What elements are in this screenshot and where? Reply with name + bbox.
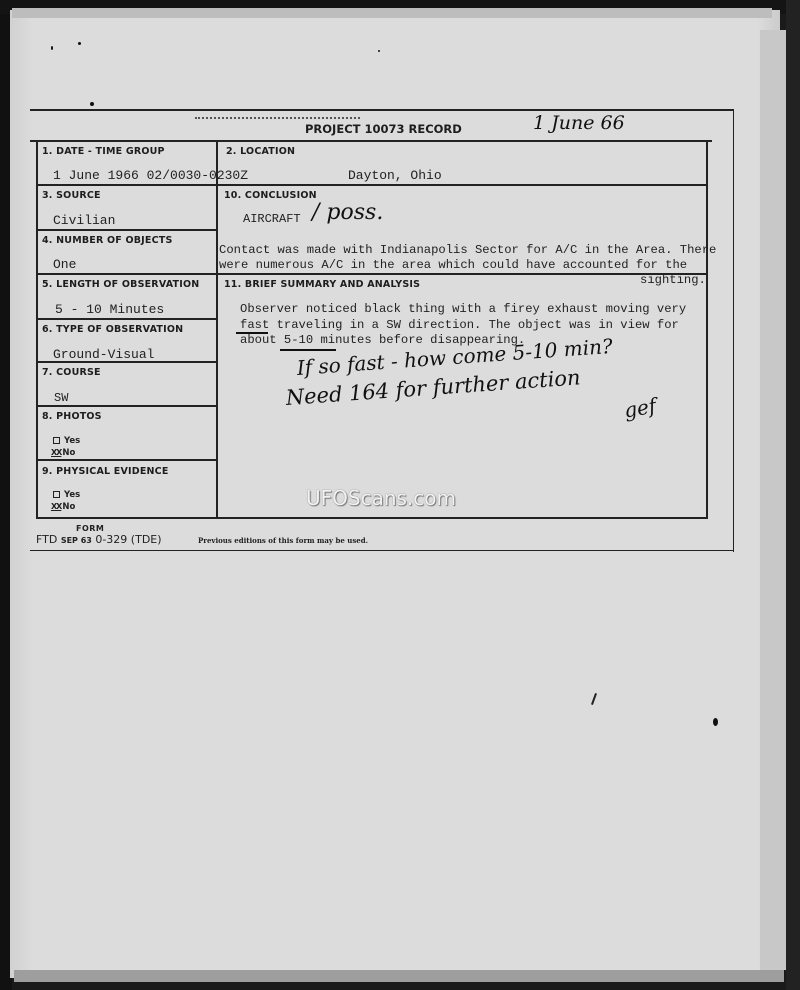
speck [378, 50, 380, 52]
source-label: 3. SOURCE [42, 190, 101, 201]
speck [78, 42, 81, 45]
handwritten-date: 1 June 66 [533, 112, 625, 134]
photos-no-option[interactable]: XXNo [51, 448, 75, 458]
physical-evidence-yes-option[interactable]: Yes [53, 490, 80, 500]
watermark: UFOScans.com [306, 486, 456, 510]
length-of-observation-label: 5. LENGTH OF OBSERVATION [42, 279, 199, 290]
length-of-observation-value: 5 - 10 Minutes [55, 302, 164, 317]
checkbox-empty-icon [53, 491, 60, 498]
course-value: SW [54, 391, 68, 405]
row-rule [36, 229, 217, 231]
handwritten-conclusion-note: / poss. [312, 200, 383, 225]
form-right-rule [733, 109, 734, 552]
paper-top-shadow [12, 8, 772, 18]
footer-form-word: FORM [76, 524, 104, 533]
physical-evidence-no-label: No [62, 502, 75, 512]
photos-yes-label: Yes [64, 436, 80, 446]
footer-form-code: FTD SEP 63 0-329 (TDE) [36, 533, 162, 546]
conclusion-text-line2: were numerous A/C in the area which coul… [219, 258, 687, 272]
row-rule [36, 459, 217, 461]
type-of-observation-value: Ground-Visual [53, 347, 154, 362]
table-left-rule [36, 140, 38, 518]
number-of-objects-value: One [53, 257, 76, 272]
conclusion-value: AIRCRAFT [243, 212, 301, 226]
table-right-rule [706, 140, 708, 518]
row-rule [36, 318, 217, 320]
photos-no-label: No [62, 448, 75, 458]
number-of-objects-label: 4. NUMBER OF OBJECTS [42, 235, 173, 246]
photos-yes-option[interactable]: Yes [53, 436, 80, 446]
summary-line2: fast traveling in a SW direction. The ob… [240, 318, 679, 332]
form-top-rule [30, 109, 734, 111]
speck [51, 46, 53, 50]
summary-label: 11. BRIEF SUMMARY AND ANALYSIS [224, 279, 420, 290]
footer-form-number: 0-329 (TDE) [95, 533, 161, 546]
summary-line1: Observer noticed black thing with a fire… [240, 302, 686, 316]
paper-bottom-shadow [14, 970, 784, 982]
location-label: 2. LOCATION [226, 146, 295, 157]
footer-note: Previous editions of this form may be us… [198, 536, 368, 545]
type-of-observation-label: 6. TYPE OF OBSERVATION [42, 324, 183, 335]
location-value: Dayton, Ohio [348, 168, 442, 183]
physical-evidence-no-option[interactable]: XXNo [51, 502, 75, 512]
column-divider [216, 140, 218, 518]
conclusion-text-line3: sighting. [640, 273, 706, 287]
source-value: Civilian [53, 213, 115, 228]
handwritten-underline [236, 332, 268, 334]
row-rule [36, 184, 708, 186]
physical-evidence-yes-label: Yes [64, 490, 80, 500]
form-bottom-rule [30, 550, 734, 551]
speck [713, 718, 718, 726]
footer-form-date: SEP 63 [61, 536, 92, 545]
dotted-line [195, 117, 360, 119]
checkbox-typed-x-icon: XX [51, 448, 61, 457]
row-rule [36, 405, 217, 407]
form-title: PROJECT 10073 RECORD [305, 122, 462, 136]
conclusion-text-line1: Contact was made with Indianapolis Secto… [219, 243, 716, 257]
photos-label: 8. PHOTOS [42, 411, 102, 422]
table-bottom-rule [36, 517, 708, 519]
handwritten-underline [280, 349, 336, 351]
physical-evidence-label: 9. PHYSICAL EVIDENCE [42, 466, 169, 477]
scan-edge-right [786, 0, 800, 990]
header-rule [30, 140, 712, 142]
date-time-label: 1. DATE - TIME GROUP [42, 146, 165, 157]
conclusion-label: 10. CONCLUSION [224, 190, 317, 201]
checkbox-empty-icon [53, 437, 60, 444]
course-label: 7. COURSE [42, 367, 101, 378]
footer-form-prefix: FTD [36, 533, 57, 546]
speck [90, 102, 94, 106]
date-time-value: 1 June 1966 02/0030-0230Z [53, 168, 248, 183]
checkbox-typed-x-icon: XX [51, 502, 61, 511]
row-rule [36, 273, 708, 275]
paper-right-strip [760, 30, 786, 970]
